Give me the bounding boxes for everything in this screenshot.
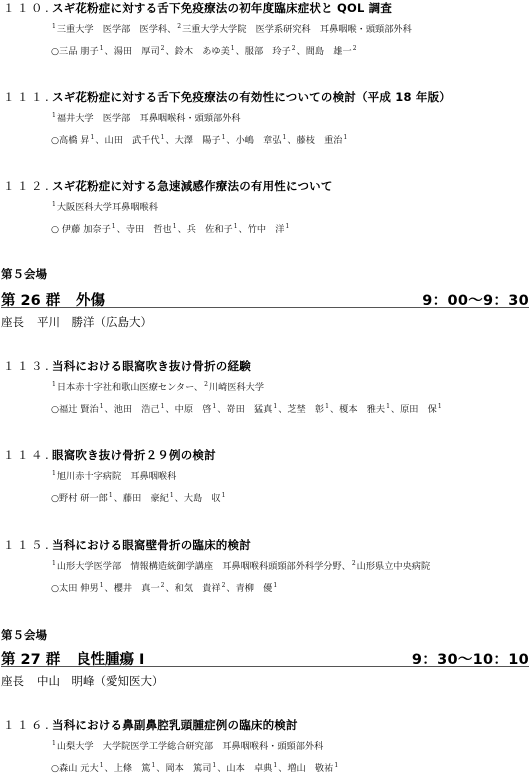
affiliation-text: 三重大学大学院 医学系研究科 耳鼻咽喉・頭頸部外科 [182,24,412,35]
abstract-title-116: １１６.当科における鼻副鼻腔乳頭腫症例の臨床的検討 [3,717,298,733]
abstract-title-text: 当科における眼窩吹き抜け骨折の経験 [52,359,251,373]
chair-name: 中山 明峰（愛知医大） [37,673,164,689]
author-name: ○森山 元大 [51,763,99,774]
author-affil-marker: 1 [100,403,104,410]
author-name: 、原田 保 [391,404,437,415]
author-affil-marker: 1 [222,134,226,141]
abstract-title-text: スギ花粉症に対する舌下免疫療法の有効性についての検討（平成 18 年版） [52,90,451,104]
session-time: 9：00～9：30 [422,289,529,310]
session-group: 第 27 群 [1,648,76,669]
author-affil-marker: 1 [100,45,104,52]
abstract-title-text: 当科における鼻副鼻腔乳頭腫症例の臨床的検討 [52,718,298,732]
author-name: ○ 伊藤 加奈子 [51,224,111,235]
author-name: 、増山 敬祐 [278,763,333,774]
author-name: ○三品 朋子 [51,46,99,57]
author-name: 、上條 篤 [105,763,151,774]
author-name: 、小嶋 章弘 [226,135,281,146]
affiliation-marker: 1 [52,740,56,747]
author-name: 、榎本 雅夫 [330,404,385,415]
author-line: ○福辻 賢治1、池田 浩己1、中原 啓1、嵜田 猛真1、芝埜 彰1、榎本 雅夫1… [51,401,443,415]
author-name: 、藤枝 重治 [287,135,342,146]
abstract-title-111: １１１.スギ花粉症に対する舌下免疫療法の有効性についての検討（平成 18 年版） [3,89,451,105]
affiliation-text: 旭川赤十字病院 耳鼻咽喉科 [57,471,176,482]
author-affil-marker: 1 [222,492,226,499]
venue-label: 第５会場 [1,266,47,282]
author-line: ○森山 元大1、上條 篤1、岡本 篤司1、山本 卓典1、増山 敬祐1 [51,760,339,774]
author-affil-marker: 1 [273,403,277,410]
author-affil-marker: 1 [273,582,277,589]
author-affil-marker: 1 [273,762,277,769]
session-header-27: 第 27 群良性腫瘍 I 9：30～10：10 [1,648,529,667]
affiliation-marker: 1 [52,470,56,477]
affiliation-text: 福井大学 医学部 耳鼻咽喉科・頭頸部外科 [57,113,241,124]
author-affil-marker: 1 [161,403,165,410]
session-topic: 良性腫瘍 I [76,652,144,668]
abstract-number: １１３. [3,358,52,374]
author-name: 、池田 浩己 [105,404,160,415]
author-line: ○三品 朋子1、湯田 厚司2、鈴木 あゆ美1、服部 玲子2、間島 雄一2 [51,43,358,57]
author-name: ○高橋 昇 [51,135,90,146]
abstract-title-110: １１０.スギ花粉症に対する舌下免疫療法の初年度臨床症状と QOL 調査 [3,0,392,16]
author-affil-marker: 1 [112,223,116,230]
author-name: 、藤田 豪紀 [114,493,169,504]
author-affil-marker: 2 [161,45,165,52]
author-affil-marker: 1 [100,762,104,769]
abstract-title-114: １１４.眼窩吹き抜け骨折２９例の検討 [3,447,216,463]
author-line: ○野村 研一郎1、藤田 豪紀1、大島 収1 [51,490,226,504]
affiliation-text: 山梨大学 大学院医学工学総合研究部 耳鼻咽喉科・頭頸部外科 [57,741,323,752]
author-affil-marker: 2 [353,45,357,52]
author-name: 、岡本 篤司 [156,763,211,774]
author-name: 、芝埜 彰 [278,404,324,415]
affiliation-marker: 2 [177,23,181,30]
author-affil-marker: 1 [283,134,287,141]
author-name: 、間島 雄一 [297,46,352,57]
author-name: 、櫻井 真一 [105,583,160,594]
affiliation-line: 1旭川赤十字病院 耳鼻咽喉科 [51,468,176,482]
author-affil-marker: 1 [151,762,155,769]
abstract-title-text: 当科における眼窩壁骨折の臨床的検討 [52,538,251,552]
abstract-number: １１２. [3,178,52,194]
author-affil-marker: 1 [386,403,390,410]
author-name: 、寺田 哲也 [117,224,172,235]
author-name: 、山本 卓典 [217,763,272,774]
author-affil-marker: 1 [438,403,442,410]
author-affil-marker: 2 [222,582,226,589]
author-affil-marker: 1 [173,223,177,230]
author-affil-marker: 1 [170,492,174,499]
author-affil-marker: 1 [231,45,235,52]
author-affil-marker: 2 [161,582,165,589]
session-group: 第 26 群 [1,289,76,310]
author-name: 、青柳 優 [226,583,272,594]
affiliation-marker: 2 [204,381,208,388]
session-header-26: 第 26 群外傷 9：00～9：30 [1,289,529,308]
chair-label: 座長 [1,314,37,330]
abstract-title-text: 眼窩吹き抜け骨折２９例の検討 [52,448,216,462]
abstract-title-text: スギ花粉症に対する急速減感作療法の有用性について [52,179,333,193]
affiliation-line: 1大阪医科大学耳鼻咽喉科 [51,199,158,213]
affiliation-marker: 1 [52,560,56,567]
author-name: ○野村 研一郎 [51,493,108,504]
affiliation-marker: 1 [52,23,56,30]
author-affil-marker: 1 [344,134,348,141]
session-time: 9：30～10：10 [412,648,529,669]
abstract-number: １１６. [3,717,52,733]
author-line: ○太田 伸男1、櫻井 真一2、和気 貴祥2、青柳 優1 [51,580,278,594]
author-name: ○福辻 賢治 [51,404,99,415]
chair-label: 座長 [1,673,37,689]
affiliation-marker: 1 [52,112,56,119]
abstract-number: １１５. [3,537,52,553]
author-name: 、山田 武千代 [95,135,159,146]
author-affil-marker: 2 [292,45,296,52]
author-affil-marker: 1 [212,403,216,410]
affiliation-text: 大阪医科大学耳鼻咽喉科 [57,202,158,213]
author-affil-marker: 1 [334,762,338,769]
abstract-number: １１４. [3,447,52,463]
affiliation-marker: 2 [352,560,356,567]
author-name: 、竹中 洋 [239,224,285,235]
affiliation-line: 1山形大学医学部 情報構造統御学講座 耳鼻咽喉科頭頸部外科学分野、2山形県立中央… [51,558,430,572]
session-name: 第 26 群外傷 [1,289,105,310]
affiliation-text: 山形県立中央病院 [357,561,431,572]
abstract-number: １１１. [3,89,52,105]
author-affil-marker: 1 [212,762,216,769]
venue-label: 第５会場 [1,627,47,643]
affiliation-text: 川崎医科大学 [209,382,264,393]
author-name: 、和気 貴祥 [165,583,220,594]
affiliation-text: 山形大学医学部 情報構造統御学講座 耳鼻咽喉科頭頸部外科学分野、 [57,561,351,572]
author-affil-marker: 1 [161,134,165,141]
author-name: 、大澤 陽子 [165,135,220,146]
session-chair: 座長平川 勝洋（広島大） [1,314,152,330]
session-name: 第 27 群良性腫瘍 I [1,648,144,669]
author-affil-marker: 1 [91,134,95,141]
abstract-title-115: １１５.当科における眼窩壁骨折の臨床的検討 [3,537,251,553]
author-affil-marker: 1 [109,492,113,499]
author-name: 、大島 収 [175,493,221,504]
affiliation-text: 日本赤十字社和歌山医療センター、 [57,382,203,393]
affiliation-line: 1日本赤十字社和歌山医療センター、2川崎医科大学 [51,379,264,393]
chair-name: 平川 勝洋（広島大） [37,314,152,330]
affiliation-text: 三重大学 医学部 医学科、 [57,24,176,35]
author-line: ○ 伊藤 加奈子1、寺田 哲也1、兵 佐和子1、竹中 洋1 [51,221,290,235]
affiliation-line: 1山梨大学 大学院医学工学総合研究部 耳鼻咽喉科・頭頸部外科 [51,738,323,752]
author-name: 、湯田 厚司 [105,46,160,57]
abstract-title-112: １１２.スギ花粉症に対する急速減感作療法の有用性について [3,178,333,194]
author-affil-marker: 1 [325,403,329,410]
author-name: 、兵 佐和子 [178,224,233,235]
abstract-title-text: スギ花粉症に対する舌下免疫療法の初年度臨床症状と QOL 調査 [52,1,392,15]
abstract-title-113: １１３.当科における眼窩吹き抜け骨折の経験 [3,358,251,374]
author-name: 、中原 啓 [165,404,211,415]
author-affil-marker: 1 [234,223,238,230]
author-name: 、服部 玲子 [236,46,291,57]
abstract-number: １１０. [3,0,52,16]
session-topic: 外傷 [76,293,105,309]
author-name: ○太田 伸男 [51,583,99,594]
affiliation-line: 1三重大学 医学部 医学科、2三重大学大学院 医学系研究科 耳鼻咽喉・頭頸部外科 [51,21,412,35]
author-name: 、嵜田 猛真 [217,404,272,415]
affiliation-marker: 1 [52,201,56,208]
affiliation-marker: 1 [52,381,56,388]
author-affil-marker: 1 [285,223,289,230]
author-affil-marker: 1 [100,582,104,589]
author-name: 、鈴木 あゆ美 [165,46,229,57]
author-line: ○高橋 昇1、山田 武千代1、大澤 陽子1、小嶋 章弘1、藤枝 重治1 [51,132,348,146]
session-chair: 座長中山 明峰（愛知医大） [1,673,164,689]
affiliation-line: 1福井大学 医学部 耳鼻咽喉科・頭頸部外科 [51,110,241,124]
